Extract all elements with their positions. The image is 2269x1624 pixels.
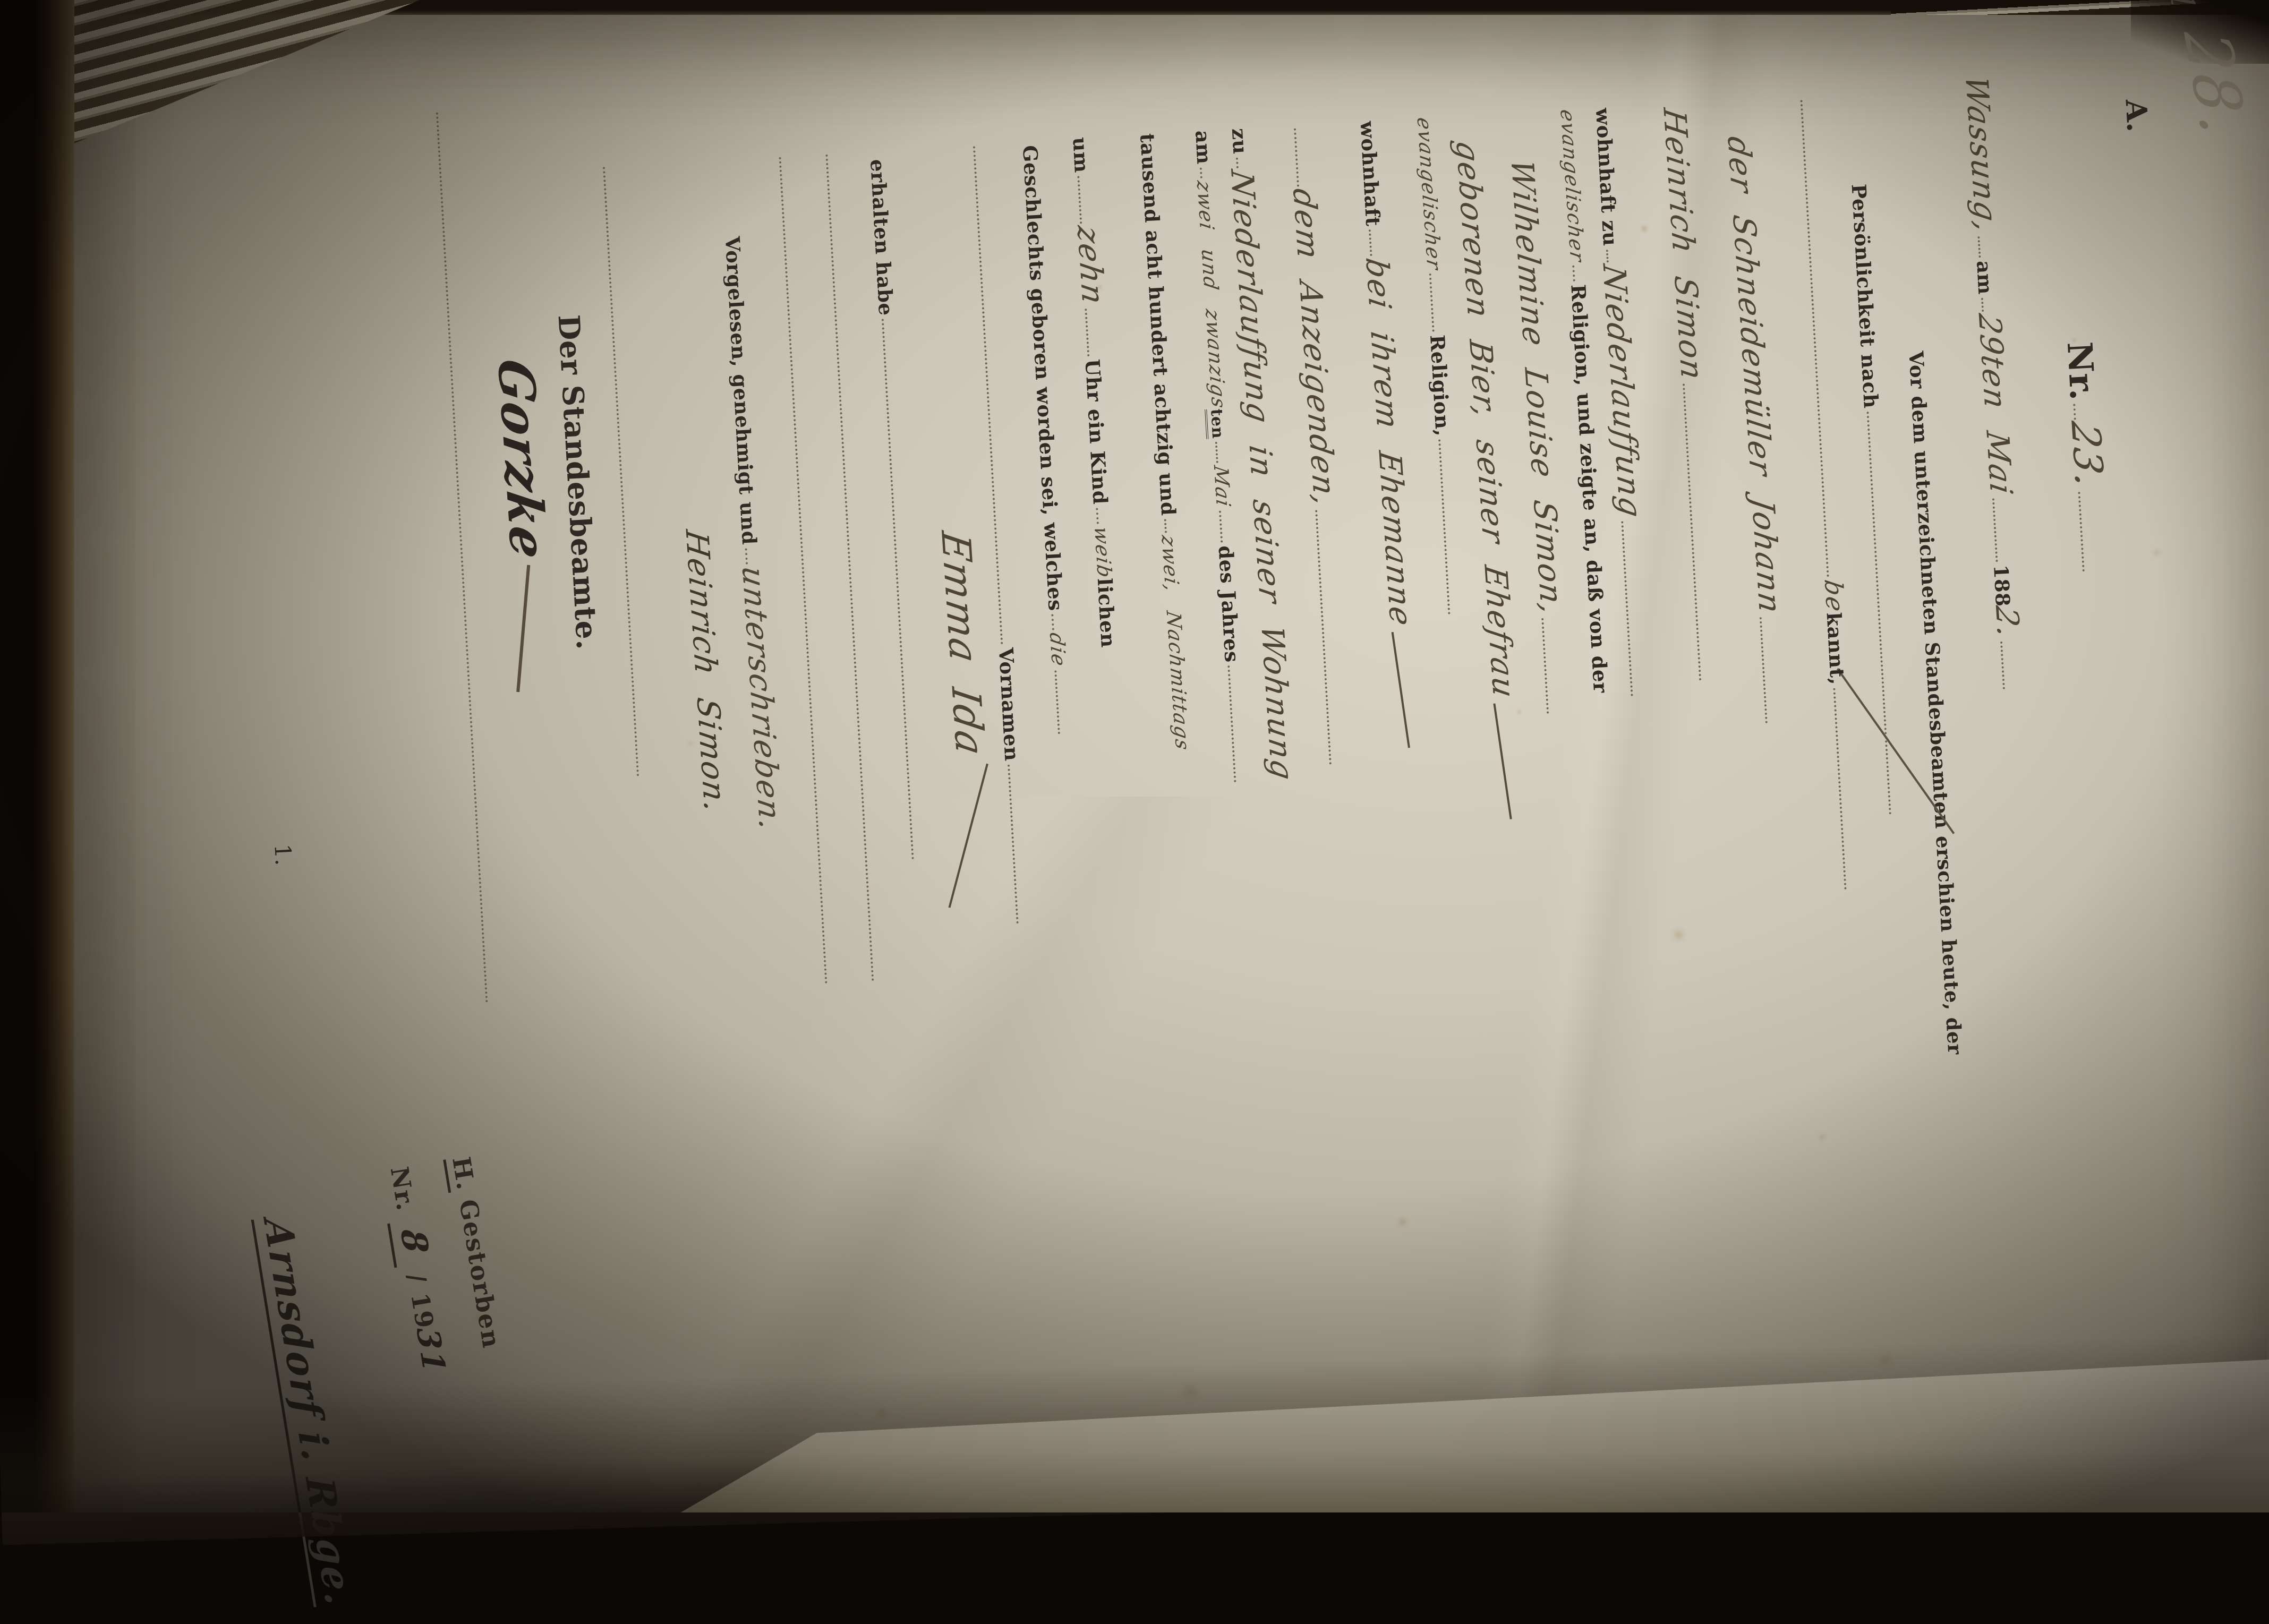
wohnhaft-line-2: wohnhaftbei ihrem Ehemanne xyxy=(1353,120,1424,755)
die-handwritten: die xyxy=(1045,631,1071,669)
uhr-ein-kind-printed: Uhr ein Kind xyxy=(1081,358,1112,505)
hour-handwritten: zehn xyxy=(1070,224,1112,308)
unterschrieben-handwritten: unterschrieben. xyxy=(735,564,789,833)
year-word-handwritten: zwei, Nachmittags xyxy=(1157,534,1194,753)
intro-text: Vor dem unterzeichneten Standesbeamten e… xyxy=(1904,351,1967,1055)
declarant-name-handwritten: Heinrich Simon xyxy=(1656,106,1711,383)
year-words-line: tausend acht hundert achtzig undzwei, Na… xyxy=(1136,133,1193,751)
standesbeamte-printed: Der Standesbeamte. xyxy=(551,314,604,651)
des-jahres-printed: des Jahres xyxy=(1214,545,1244,663)
hour-line: umzehnUhr ein Kindweiblichen xyxy=(1065,136,1130,648)
blank-line-3 xyxy=(596,163,654,781)
birth-month-handwritten: Mai xyxy=(1209,464,1235,509)
wohnhaft-zu-label: wohnhaft zu xyxy=(1591,107,1622,247)
um-label: um xyxy=(1068,136,1094,173)
nr-value-handwritten: 23. xyxy=(2062,419,2112,491)
stamp-year-handwritten: 31 xyxy=(409,1328,453,1374)
declarant-line-2: Heinrich Simon xyxy=(1658,108,1726,685)
persoenlichkeit-label: Persönlichkeit nach xyxy=(1847,183,1883,409)
registration-date-line: Wassung,am29ten Mai1882. xyxy=(1959,75,2030,693)
registration-date-handwritten: 29ten Mai xyxy=(1971,312,2019,498)
wohnhaft2-handwritten: bei ihrem Ehemanne xyxy=(1359,256,1420,629)
intro-line: Vor dem unterzeichneten Standesbeamten e… xyxy=(1904,351,1967,1055)
declarant-residence-handwritten: Niederlauffung xyxy=(1596,262,1649,520)
religion2-handwritten: evangelischer xyxy=(1412,116,1445,272)
child-names-handwritten: Emma Ida xyxy=(932,529,993,759)
geschlechts-line: Geschlechts geboren worden sei, welchesd… xyxy=(1018,144,1074,737)
stamp-word: Gestorben xyxy=(454,1198,506,1351)
form-corner-letter: A. xyxy=(2119,98,2154,133)
declarant-line-1: der Schneidemüller Johann xyxy=(1723,136,1792,727)
kannt-printed: kannt, xyxy=(1822,612,1849,686)
photo-of-register-page: 28. 1 A. Nr.23. Wassung,am29ten Mai1882.… xyxy=(0,0,2269,1512)
pencil-sheet-number: 28. xyxy=(2169,32,2262,136)
foxing-spots xyxy=(0,0,1,1)
anzeigender-handwritten: dem Anzeigenden, xyxy=(1286,186,1343,509)
mother-name-handwritten: Wilhelmine Louise Simon, xyxy=(1504,157,1571,618)
vornamen-printed: Vornamen xyxy=(994,647,1024,762)
declarant-signature-handwritten: Heinrich Simon. xyxy=(678,528,733,815)
anzeigender-line: dem Anzeigenden, xyxy=(1284,124,1357,768)
birth-day-handwritten: zwei und zwanzigs xyxy=(1192,180,1231,411)
official-signature-line: Gorzke xyxy=(488,358,564,698)
declarant-occupation-name-handwritten: der Schneidemüller Johann xyxy=(1720,134,1788,617)
tausend-printed: tausend acht hundert achtzig und xyxy=(1136,133,1180,516)
standesbeamte-line: Der Standesbeamte. xyxy=(551,314,604,651)
ten-printed: ten xyxy=(1205,408,1227,439)
stamp-slash: / xyxy=(402,1271,432,1286)
am2-label: am xyxy=(1191,130,1216,165)
form-sheet: 28. 1 A. Nr.23. Wassung,am29ten Mai1882.… xyxy=(72,0,2269,1512)
registration-place-handwritten: Wassung, xyxy=(1958,74,2005,236)
official-signature-handwritten: Gorzke xyxy=(487,356,558,563)
zu-label: zu xyxy=(1227,127,1252,155)
declarant-signature-line: Heinrich Simon. xyxy=(680,530,732,814)
stamp-year-printed: 19 xyxy=(405,1291,439,1331)
be-handwritten: be xyxy=(1819,578,1850,614)
footer-page-number: 1. xyxy=(269,843,296,867)
religion2-printed: Religion, xyxy=(1426,334,1455,437)
erhalten-printed: erhalten habe xyxy=(866,158,898,316)
lichen-printed: lichen xyxy=(1093,577,1120,648)
wohnhaft2-label: wohnhaft xyxy=(1355,121,1385,227)
geschlechts-printed: Geschlechts geboren worden sei, welches xyxy=(1018,144,1068,611)
vorgelesen-printed: Vorgelesen, genehmigt und xyxy=(721,236,761,545)
nr-label: Nr. xyxy=(2059,341,2102,401)
am-label: am xyxy=(1972,260,1998,295)
stamp-nr-handwritten: 8 xyxy=(392,1229,436,1255)
religion1-handwritten: evangelischer xyxy=(1556,108,1589,264)
blank-line-4 xyxy=(429,108,502,1007)
pencil-edge-tick: 1 xyxy=(2161,0,2203,13)
year-printed: 188 xyxy=(1989,564,2015,607)
stamp-prefix: H. xyxy=(443,1155,480,1193)
record-number-line: Nr.23. xyxy=(2058,340,2117,575)
sex-handwritten: weib xyxy=(1090,525,1116,580)
stamp-nr-label: Nr. xyxy=(385,1165,421,1213)
rotated-document-area: 28. 1 A. Nr.23. Wassung,am29ten Mai1882.… xyxy=(74,0,2269,1512)
year-digit-handwritten: 2. xyxy=(1989,604,2027,640)
